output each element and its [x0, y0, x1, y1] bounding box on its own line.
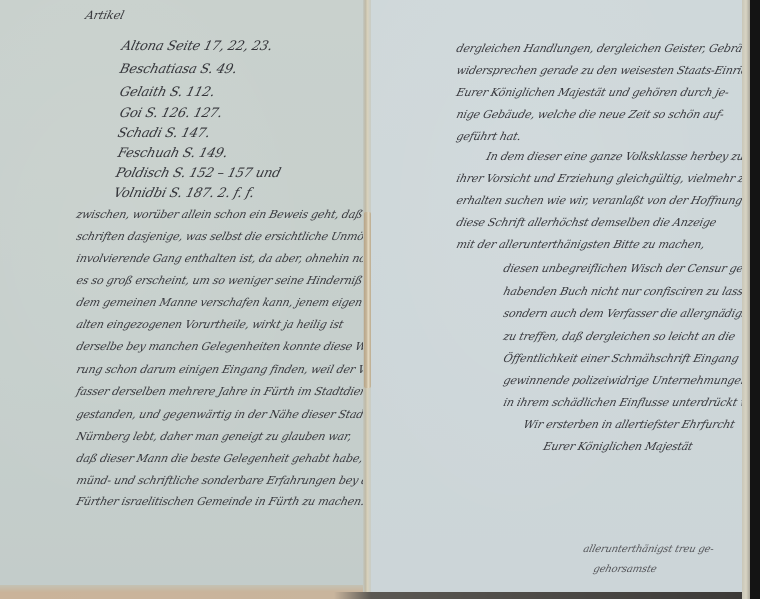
right-page: dergleichen Handlungen, dergleichen Geis… — [367, 0, 742, 592]
left-body-line: fasser derselben mehrere Jahre in Fürth … — [75, 385, 385, 398]
left-body-line: schriften dasjenige, was selbst die ersi… — [75, 230, 412, 243]
closing-line: Eurer Königlichen Majestät — [542, 440, 694, 453]
right-body-line: nige Gebäude, welche die neue Zeit so sc… — [455, 108, 725, 121]
petition-line: in ihrem schädlichen Einflusse unterdrüc… — [502, 396, 760, 409]
index-entry: Schadi S. 147. — [116, 126, 212, 141]
signature-line: gehorsamste — [592, 564, 658, 575]
right-body-line: diese Schrift allerhöchst demselben die … — [455, 216, 718, 229]
scan-background-shadow — [750, 0, 760, 599]
left-heading: Artikel — [84, 8, 126, 22]
right-body-line: mit der allerunterthänigsten Bitte zu ma… — [455, 238, 706, 251]
right-body-line: Eurer Königlichen Majestät und gehören d… — [455, 86, 730, 99]
right-body-line: widersprechen gerade zu den weisesten St… — [455, 64, 760, 77]
petition-line: zu treffen, daß dergleichen so leicht an… — [502, 330, 737, 343]
petition-line: diesen unbegreiflichen Wisch der Censur … — [502, 262, 760, 275]
index-entry: Feschuah S. 149. — [116, 146, 229, 161]
left-body-line: Fürther israelitischen Gemeinde in Fürth… — [75, 495, 366, 508]
left-body-line: derselbe bey manchen Gelegenheiten konnt… — [75, 340, 384, 353]
right-body-line: In dem dieser eine ganze Volksklasse her… — [485, 150, 745, 163]
left-body-line: involvierende Gang enthalten ist, da abe… — [75, 252, 406, 265]
manuscript-scan: Artikel Altona Seite 17, 22, 23. Beschat… — [0, 0, 760, 599]
left-body-line: rung schon darum einigen Eingang finden,… — [75, 363, 381, 376]
left-body-line: daß dieser Mann die beste Gelegenheit ge… — [75, 452, 364, 465]
left-body-line: Nürnberg lebt, daher man geneigt zu glau… — [75, 430, 353, 443]
bottom-page-edge — [0, 592, 742, 599]
left-body-line: gestanden, und gegenwärtig in der Nähe d… — [75, 408, 386, 421]
left-body-line: alten eingezogenen Vorurtheile, wirkt ja… — [75, 318, 345, 331]
petition-line: habenden Buch nicht nur confisciren zu l… — [502, 285, 760, 298]
signature-line: allerunterthänigst treu ge- — [582, 544, 715, 555]
right-body-line: ihrer Vorsicht und Erziehung gleichgülti… — [455, 172, 752, 185]
left-body-line: es so groß erscheint, um so weniger sein… — [75, 274, 386, 287]
binding-tape-strip — [364, 212, 371, 388]
right-body-line: dergleichen Handlungen, dergleichen Geis… — [455, 42, 760, 55]
index-entry: Beschatiasa S. 49. — [118, 62, 239, 77]
petition-line: gewinnende polizeiwidrige Unternehmungen — [502, 374, 749, 387]
page-edge — [742, 0, 750, 599]
petition-line: Öffentlichkeit einer Schmähschrift Einga… — [502, 352, 740, 365]
left-page: Artikel Altona Seite 17, 22, 23. Beschat… — [0, 0, 367, 592]
index-entry: Poldisch S. 152 – 157 und — [114, 166, 282, 181]
index-entry: Altona Seite 17, 22, 23. — [120, 39, 274, 54]
index-entry: Goi S. 126. 127. — [118, 106, 224, 121]
closing-line: Wir ersterben in allertiefster Ehrfurcht — [522, 418, 736, 431]
right-body-line: erhalten suchen wie wir, veranlaßt von d… — [455, 194, 744, 207]
index-entry: Gelaith S. 112. — [118, 85, 216, 100]
index-entry: Volnidbi S. 187. 2. f. f. — [112, 186, 256, 201]
right-body-line: geführt hat. — [455, 130, 522, 143]
left-body-line: münd- und schriftliche sonderbare Erfahr… — [75, 474, 381, 487]
petition-line: sondern auch dem Verfasser die allergnäd… — [502, 307, 760, 320]
